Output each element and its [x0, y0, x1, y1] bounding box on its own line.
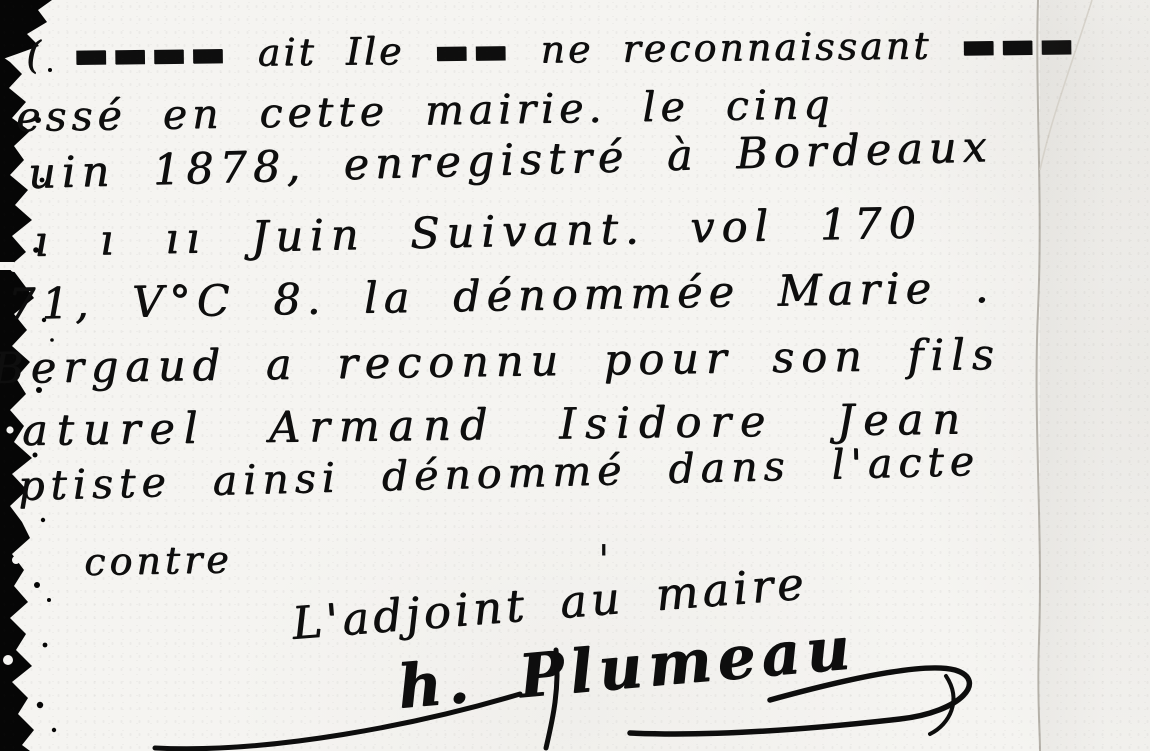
handwritten-line-9: contre [84, 540, 233, 581]
scanned-handwritten-document: ( ▬▬▬▬ ait Ile ▬▬ ne reconnaissant ▬▬▬ e… [0, 0, 1150, 751]
handwritten-line-6: Bergaud a reconnu pour son fils [0, 334, 1001, 391]
paper-shading [1040, 0, 1150, 751]
handwritten-line-4: ı ı ıı Juin Suivant. vol 170 [34, 202, 924, 264]
handwritten-line-5: 71, V°C 8. la dénommée Marie . [8, 267, 995, 327]
handwritten-line-1-struck-through: ( ▬▬▬▬ ait Ile ▬▬ ne reconnaissant ▬▬▬ [26, 25, 1078, 74]
